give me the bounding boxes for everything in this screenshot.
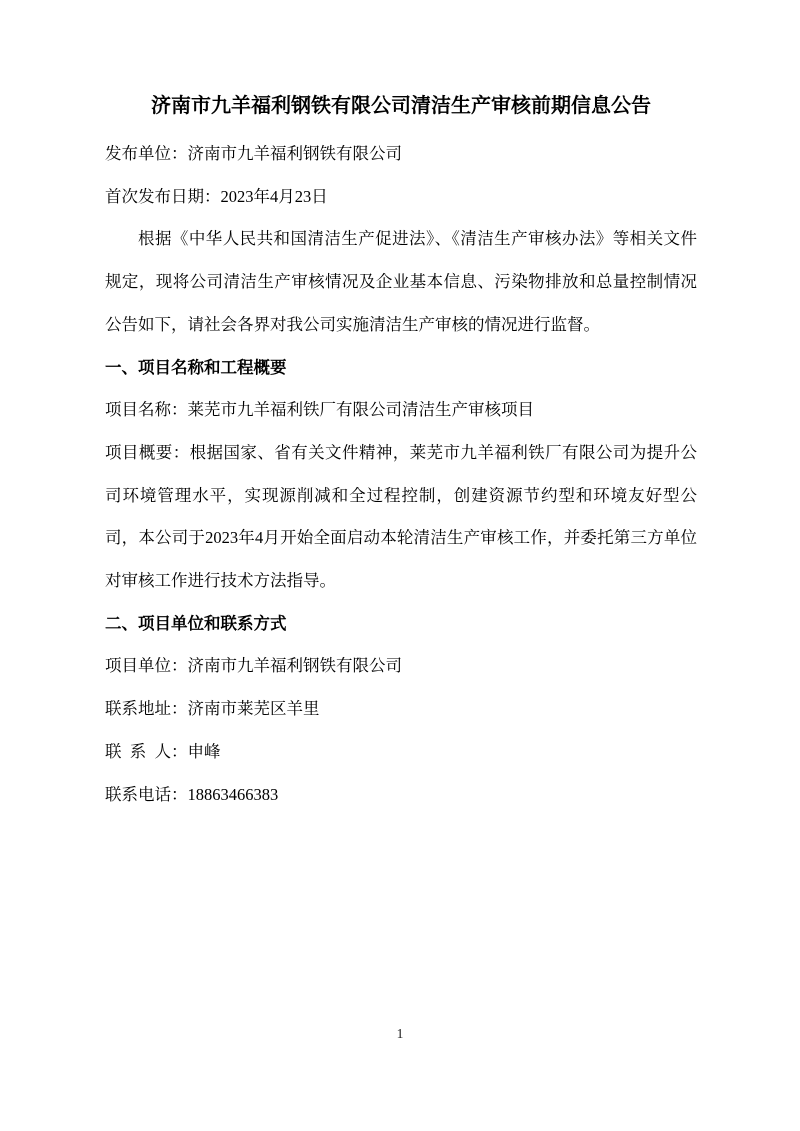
section1-heading: 一、项目名称和工程概要 xyxy=(105,347,697,390)
document-title: 济南市九羊福利钢铁有限公司清洁生产审核前期信息公告 xyxy=(105,84,697,128)
contact-person-line: 联 系 人：申峰 xyxy=(105,731,697,774)
project-name-line: 项目名称：莱芜市九羊福利铁厂有限公司清洁生产审核项目 xyxy=(105,389,697,432)
section2-heading: 二、项目单位和联系方式 xyxy=(105,603,697,646)
document-content: 济南市九羊福利钢铁有限公司清洁生产审核前期信息公告 发布单位：济南市九羊福利钢铁… xyxy=(0,0,800,816)
first-publish-date-line: 首次发布日期：2023年4月23日 xyxy=(105,176,697,219)
project-summary-paragraph: 项目概要：根据国家、省有关文件精神，莱芜市九羊福利铁厂有限公司为提升公司环境管理… xyxy=(105,432,697,603)
document-page: 济南市九羊福利钢铁有限公司清洁生产审核前期信息公告 发布单位：济南市九羊福利钢铁… xyxy=(0,0,800,1131)
contact-address-line: 联系地址：济南市莱芜区羊里 xyxy=(105,688,697,731)
intro-paragraph: 根据《中华人民共和国清洁生产促进法》、《清洁生产审核办法》等相关文件规定，现将公… xyxy=(105,218,697,346)
project-unit-line: 项目单位：济南市九羊福利钢铁有限公司 xyxy=(105,645,697,688)
contact-phone-line: 联系电话：18863466383 xyxy=(105,774,697,817)
publisher-line: 发布单位：济南市九羊福利钢铁有限公司 xyxy=(105,133,697,176)
page-number: 1 xyxy=(0,1014,800,1054)
